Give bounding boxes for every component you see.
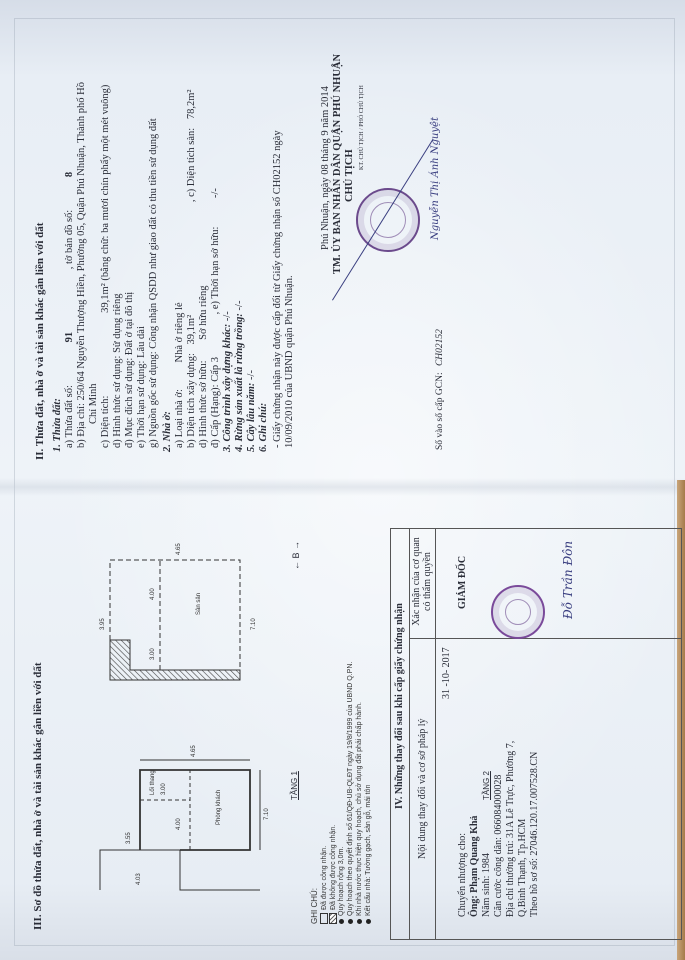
svg-text:4.65: 4.65 xyxy=(191,745,197,757)
svg-text:4.03: 4.03 xyxy=(136,873,142,885)
legend-item: Quy hoạch theo quyết định số 61/QĐ-UB-QL… xyxy=(347,662,354,924)
svg-text:3.00: 3.00 xyxy=(161,783,167,795)
use-form-row: d) Hình thức sử dụng: Sử dụng riêng xyxy=(112,294,124,448)
place-date: Phú Nhuận, ngày 08 tháng 9 năm 2014 xyxy=(320,86,332,250)
legend-item: Đã được công nhận. xyxy=(320,846,328,924)
issuing-authority: TM. ỦY BAN NHÂN DÂN QUẬN PHÚ NHUẬN xyxy=(332,54,344,274)
section-3-title: III. Sơ đồ thửa đất, nhà ở và tài sản kh… xyxy=(32,662,44,930)
signer-name: Nguyễn Thị Ánh Nguyệt xyxy=(430,117,441,240)
floor-1-drawing: 7.104.65 4.003.00 3.554.03 Phòng kháchLố… xyxy=(80,710,280,910)
legend-item: Đã không được công nhận. xyxy=(329,825,337,924)
svg-text:4.00: 4.00 xyxy=(150,588,156,600)
north-arrow: ← B → xyxy=(290,541,302,570)
svg-text:3.55: 3.55 xyxy=(126,832,132,844)
confirm-signer: Đỗ Trần Đôn xyxy=(561,541,575,619)
svg-text:Lối thang: Lối thang xyxy=(150,770,156,795)
ownership-row: d) Hình thức sở hữu: Sở hữu riêng xyxy=(198,285,210,448)
page-section-3-4: III. Sơ đồ thửa đất, nhà ở và tài sản kh… xyxy=(20,490,685,950)
svg-text:Phòng khách: Phòng khách xyxy=(216,790,222,825)
section-2-title: II. Thửa đất, nhà ở và tài sản khác gắn … xyxy=(34,223,46,460)
notes-line-2: 10/09/2010 của UBND quận Phú Nhuận. xyxy=(284,275,296,448)
confirmation-stamp xyxy=(491,585,545,639)
signer-role-small: KT. CHỦ TỊCH / PHÓ CHỦ TỊCH xyxy=(356,85,368,170)
svg-text:3.95: 3.95 xyxy=(100,618,106,630)
address-row: b) Địa chỉ: 250/64 Nguyễn Thượng Hiền, P… xyxy=(76,82,88,448)
change-entry: Chuyển nhượng cho: Ông: Phạm Quang Khả N… xyxy=(457,741,541,917)
legend-item: Khi nhà nước thực hiện quy hoạch, chủ sở… xyxy=(356,702,363,924)
confirm-role: GIÁM ĐỐC xyxy=(457,556,468,609)
col-header-changes: Nội dung thay đổi và cơ sở pháp lý xyxy=(417,718,428,859)
bullet-icon xyxy=(366,919,371,924)
floor-1-label: TẦNG 1 xyxy=(290,771,299,800)
house-type-row: a) Loại nhà ở: Nhà ở riêng lẻ xyxy=(174,302,186,448)
other-construction-row: 3. Công trình xây dựng khác: -/- xyxy=(222,311,234,452)
grade-row: đ) Cấp (Hạng): Cấp 3 , e) Thời hạn sở hữ… xyxy=(210,188,222,448)
svg-text:7.10: 7.10 xyxy=(264,808,270,820)
forest-row: 4. Rừng sản xuất là rừng trồng: -/- xyxy=(234,301,246,452)
register-number: Số vào sổ cấp GCN: CH02152 xyxy=(434,329,446,450)
area-row: c) Diện tích: 39,1m² (bằng chữ: ba mươi … xyxy=(100,85,112,448)
official-stamp xyxy=(356,188,420,252)
trees-row: 5. Cây lâu năm: -/- xyxy=(246,370,258,452)
change-date: 31 -10- 2017 xyxy=(441,647,452,699)
purpose-row: đ) Mục đích sử dụng: Đất ở tại đô thị xyxy=(124,292,136,448)
notes-line-1: - Giấy chứng nhận này được cấp đổi từ Gi… xyxy=(272,130,284,448)
house-heading: 2. Nhà ở: xyxy=(162,411,174,452)
section-4-title: IV. Những thay đổi sau khi cấp giấy chứn… xyxy=(394,603,405,809)
term-row: e) Thời hạn sử dụng: Lâu dài xyxy=(136,326,148,448)
land-heading: 1. Thửa đất: xyxy=(52,398,64,452)
svg-text:3.00: 3.00 xyxy=(150,648,156,660)
col-header-confirmation: Xác nhận của cơ quan có thẩm quyền xyxy=(411,534,433,629)
svg-text:7.10: 7.10 xyxy=(251,618,257,630)
legend-title: GHI CHÚ: xyxy=(310,888,319,924)
legend-item: Quy hoạch rộng 3,0m. xyxy=(338,847,345,924)
notes-heading: 6. Ghi chú: xyxy=(258,403,270,452)
address-cont: Chí Minh xyxy=(88,383,100,424)
bullet-icon xyxy=(339,919,344,924)
svg-text:Sân sản: Sân sản xyxy=(196,593,202,615)
bullet-icon xyxy=(348,919,353,924)
floor-2-drawing: 7.104.65 Sân sản3.95 3.004.00 xyxy=(90,530,270,700)
signer-role: CHỦ TỊCH xyxy=(344,149,356,202)
page-section-2: II. Thửa đất, nhà ở và tài sản khác gắn … xyxy=(20,30,685,470)
box-icon xyxy=(320,913,328,924)
svg-text:4.65: 4.65 xyxy=(176,543,182,555)
legend-item: Kết cấu nhà: Tường gạch, sàn gỗ, mái tôn xyxy=(365,785,372,924)
bullet-icon xyxy=(357,919,362,924)
origin-row: g) Nguồn gốc sử dụng: Công nhận QSDD như… xyxy=(148,118,160,448)
parcel-row: a) Thửa đất số: 91 , tờ bản đồ số: 8 xyxy=(64,172,76,448)
hatched-box-icon xyxy=(329,913,337,924)
svg-text:4.00: 4.00 xyxy=(176,818,182,830)
built-area-row: b) Diện tích xây dựng: 39,1m² , c) Diện … xyxy=(186,89,198,448)
changes-table: IV. Những thay đổi sau khi cấp giấy chứn… xyxy=(390,528,682,940)
